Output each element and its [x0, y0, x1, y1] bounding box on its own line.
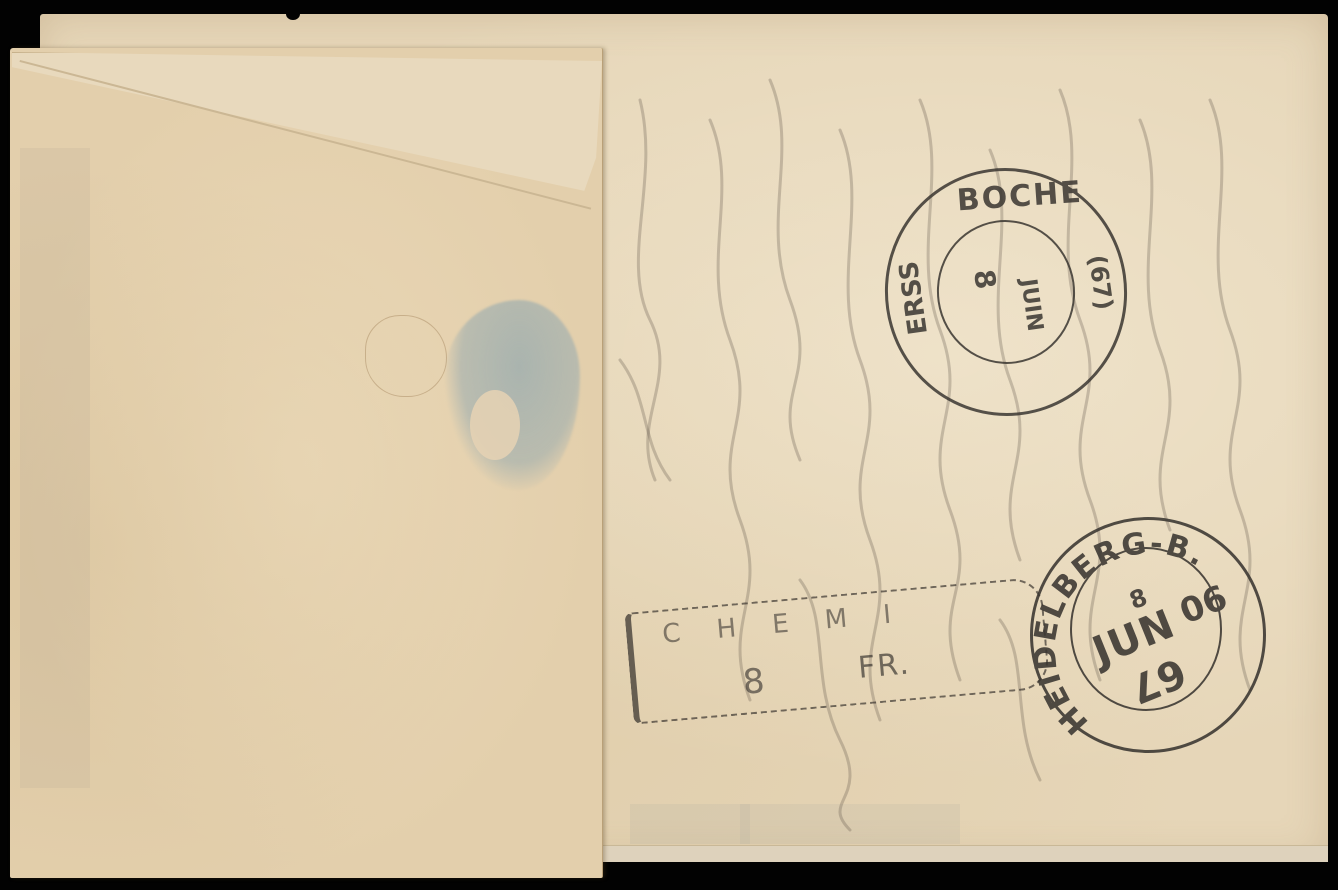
heidelberg-postmark: HEIDELBERG-B. 8 JUN 06 67: [1030, 517, 1266, 753]
handstamp-line-2: 8: [741, 661, 766, 703]
edge-shading: [20, 148, 90, 788]
letter-photo: BOCHE ERSS (67) 8 JUIN C H E M I 8 FR. H…: [0, 0, 1338, 890]
bottom-paper-edge: [600, 845, 1328, 862]
handstamp-line-3: FR.: [857, 646, 912, 685]
handstamp-frame: [624, 577, 1050, 725]
water-stain: [365, 315, 447, 397]
paper-tear-notch: [286, 8, 300, 20]
seal-stain-center: [470, 390, 520, 460]
